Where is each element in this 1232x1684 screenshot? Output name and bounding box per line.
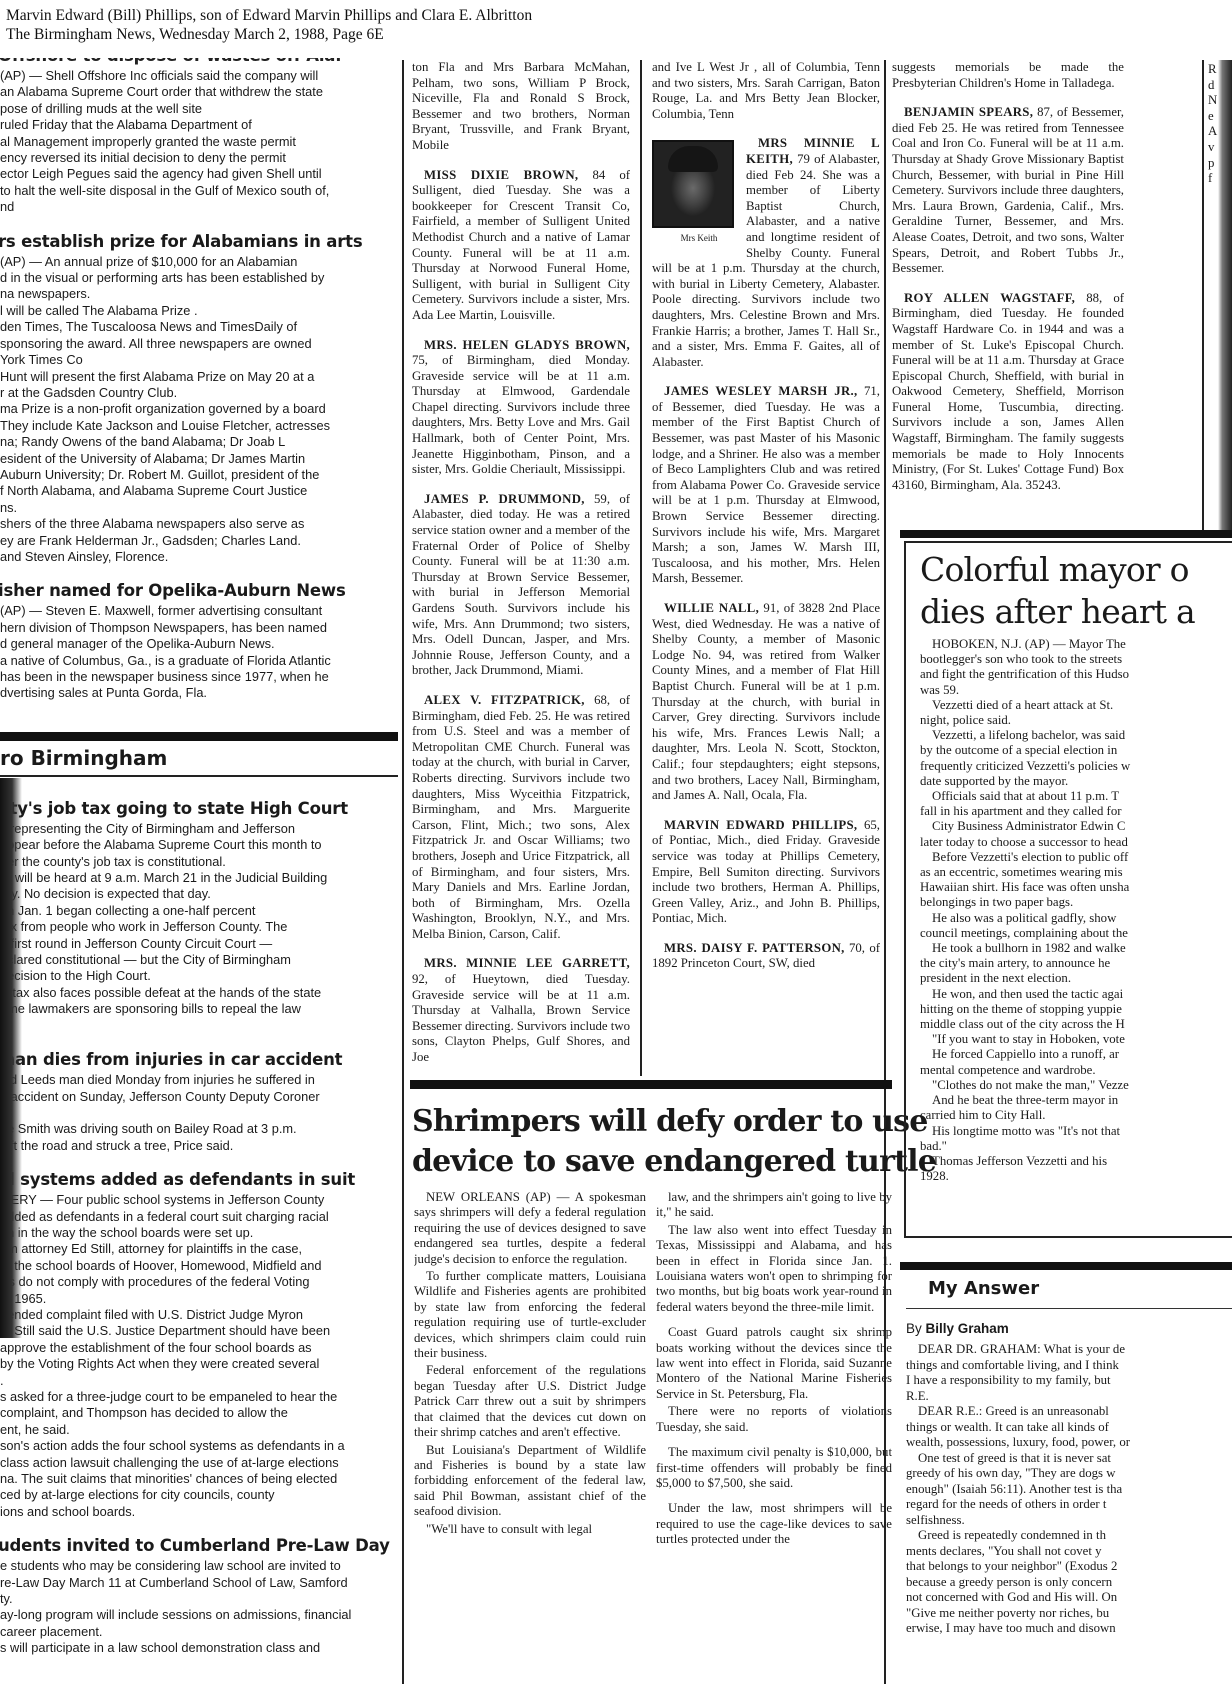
story-line: shers of the three Alabama newspapers al…	[0, 516, 398, 532]
obituary-text: 65, of Pontiac, Mich., died Friday. Grav…	[652, 818, 880, 926]
article-paragraph: But Louisiana's Department of Wildlife a…	[414, 1443, 646, 1520]
article-line: enough" (Isaiah 56:11). Another test is …	[906, 1482, 1232, 1498]
story-line: has been in the newspaper business since…	[0, 669, 398, 685]
article-line: that belongs to your neighbor" (Exodus 2	[906, 1559, 1232, 1575]
article-line: later today to choose a successor to hea…	[920, 835, 1232, 850]
clipped-column-fragments: RdNeAvpf	[1208, 62, 1217, 187]
article-line: R.E.	[906, 1389, 1232, 1405]
story-line: 's tax also faces possible defeat at the…	[0, 985, 398, 1001]
fragment-char: v	[1208, 140, 1217, 156]
story-line: hern division of Thompson Newspapers, ha…	[0, 620, 398, 636]
obituary-name: MRS. MINNIE LEE GARRETT,	[424, 956, 630, 970]
article-paragraph: There were no reports of violations Tues…	[656, 1404, 892, 1435]
article-paragraph: Coast Guard patrols caught six shrimp bo…	[656, 1325, 892, 1402]
article-line: hitting on the theme of stopping yuppie	[920, 1002, 1232, 1017]
obituary-name: WILLIE NALL,	[664, 601, 759, 615]
obituary-entry: ALEX V. FITZPATRICK, 68, of Birmingham, …	[412, 693, 630, 943]
obituary-text: 71, of Bessemer, died Tuesday. He was a …	[652, 384, 880, 585]
article-line: things and comfortable living, and I thi…	[906, 1358, 1232, 1374]
article-line: One test of greed is that it is never sa…	[906, 1451, 1232, 1467]
story-line: d general manager of the Opelika-Auburn …	[0, 636, 398, 652]
article-line: DEAR DR. GRAHAM: What is your de	[906, 1342, 1232, 1358]
obituary-text: 59, of Alabaster, died today. He was a r…	[412, 492, 630, 678]
story-line: and Steven Ainsley, Florence.	[0, 549, 398, 565]
my-answer-title: My Answer	[928, 1274, 1232, 1304]
obituary-name: ROY ALLEN WAGSTAFF,	[904, 291, 1075, 305]
story-line: na. The suit claims that minorities' cha…	[0, 1471, 398, 1487]
story-line: al Management improperly granted the was…	[0, 134, 398, 150]
portrait-image	[652, 140, 734, 228]
story-line: (AP) — Steven E. Maxwell, former adverti…	[0, 603, 398, 619]
article-line: He also was a political gadfly, show	[920, 911, 1232, 926]
headline-line: dies after heart a	[920, 591, 1232, 633]
section-rule	[0, 775, 398, 777]
article-line: HOBOKEN, N.J. (AP) — Mayor The	[920, 637, 1232, 652]
article-line: council meetings, complaining about the	[920, 926, 1232, 941]
article-line: I have a responsibility to my family, bu…	[906, 1373, 1232, 1389]
obituary-entry: Mrs KeithMRS MINNIE L KEITH, 79 of Alaba…	[652, 136, 880, 370]
story-line: an Alabama Supreme Court order that with…	[0, 84, 398, 100]
section-rule	[906, 1308, 1232, 1309]
story-line: career placement.	[0, 1624, 398, 1640]
fragment-char: A	[1208, 124, 1217, 140]
story-line: ruled Friday that the Alabama Department…	[0, 117, 398, 133]
story-line: id.	[0, 1105, 398, 1121]
story-line: na; Randy Owens of the band Alabama; Dr …	[0, 434, 398, 450]
article-line: fall in his apartment and they called fo…	[920, 804, 1232, 819]
article-paragraph: To further complicate matters, Louisiana…	[414, 1269, 646, 1361]
story-headline: ol systems added as defendants in suit	[0, 1170, 398, 1190]
article-line: carried him to City Hall.	[920, 1108, 1232, 1123]
obituary-name: BENJAMIN SPEARS,	[904, 105, 1033, 119]
obituary-text: 87, of Bessemer, died Feb 25. He was ret…	[892, 105, 1124, 275]
article-line: things or wealth. It can take all kinds …	[906, 1420, 1232, 1436]
article-line: and fight the gentrification of this Hud…	[920, 667, 1232, 682]
story-line: added as defendants in a federal court s…	[0, 1209, 398, 1225]
story-line: class action lawsuit challenging the use…	[0, 1455, 398, 1471]
story-headline: man dies from injuries in car accident	[0, 1050, 398, 1070]
obituary-name: MARVIN EDWARD PHILLIPS,	[664, 818, 857, 832]
obituary-entry: JAMES P. DRUMMOND, 59, of Alabaster, die…	[412, 492, 630, 679]
story-line: s asked for a three-judge court to be em…	[0, 1389, 398, 1405]
article-paragraph: NEW ORLEANS (AP) — A spokesman says shri…	[414, 1190, 646, 1267]
headline-alabama-prize: rs establish prize for Alabamians in art…	[0, 232, 398, 252]
story-line: ne Smith was driving south on Bailey Roa…	[0, 1121, 398, 1137]
story-line: f North Alabama, and Alabama Supreme Cou…	[0, 483, 398, 499]
article-line: City Business Administrator Edwin C	[920, 819, 1232, 834]
story-line: ery. No decision is expected that day.	[0, 886, 398, 902]
obituary-name: MRS. HELEN GLADYS BROWN,	[424, 338, 630, 352]
story-line: ent, he said.	[0, 1422, 398, 1438]
obituary-name: JAMES P. DRUMMOND,	[424, 492, 585, 506]
obituary-name: MRS. DAISY F. PATTERSON,	[664, 941, 845, 955]
story-line: nd	[0, 199, 398, 215]
article-paragraph: "We'll have to consult with legal	[414, 1522, 646, 1537]
section-divider-bar	[900, 1262, 1232, 1270]
story-line: complaint, and Thompson has decided to a…	[0, 1405, 398, 1421]
article-line: Before Vezzetti's election to public off	[920, 850, 1232, 865]
article-line: regard for the needs of others in order …	[906, 1497, 1232, 1513]
article-line: ments declares, "You shall not covet y	[906, 1544, 1232, 1560]
obituary-entry: JAMES WESLEY MARSH JR., 71, of Bessemer,…	[652, 384, 880, 587]
article-line: bad."	[920, 1139, 1232, 1154]
obituary-text: and Ive L West Jr , all of Columbia, Ten…	[652, 60, 880, 121]
story-line: old Leeds man died Monday from injuries …	[0, 1072, 398, 1088]
column-rule	[640, 60, 642, 1076]
clipping-caption: Marvin Edward (Bill) Phillips, son of Ed…	[6, 6, 532, 44]
story-line: .	[0, 1373, 398, 1389]
story-headline: udents invited to Cumberland Pre-Law Day	[0, 1536, 398, 1556]
metro-stories: nty's job tax going to state High Courts…	[0, 799, 398, 1657]
section-divider-bar	[0, 732, 398, 741]
obituary-name: MISS DIXIE BROWN,	[424, 168, 578, 182]
obituary-entry: suggests memorials be made the Presbyter…	[892, 60, 1124, 91]
article-line: 1928.	[920, 1169, 1232, 1184]
caption-line-subject: Marvin Edward (Bill) Phillips, son of Ed…	[6, 6, 532, 25]
story-line: ty.	[0, 1591, 398, 1607]
story-line: eclared constitutional — but the City of…	[0, 952, 398, 968]
article-line: by the outcome of a special election in	[920, 743, 1232, 758]
obituaries-column-3: suggests memorials be made the Presbyter…	[892, 60, 1124, 522]
story-line: ome lawmakers are sponsoring bills to re…	[0, 1001, 398, 1017]
story-line: x.	[0, 1018, 398, 1034]
article-line: the city's main artery, to announce he	[920, 956, 1232, 971]
article-paragraph: Under the law, most shrimpers will be re…	[656, 1501, 892, 1547]
story-line: Auburn University; Dr. Robert M. Guillot…	[0, 467, 398, 483]
article-paragraph: law, and the shrimpers ain't going to li…	[656, 1190, 892, 1221]
article-line: wealth, possessions, luxury, food, power…	[906, 1435, 1232, 1451]
headline-shrimpers: Shrimpers will defy order to use device …	[412, 1102, 902, 1182]
obituary-text: 91, of 3828 2nd Place West, died Wednesd…	[652, 601, 880, 802]
story-line: a native of Columbus, Ga., is a graduate…	[0, 653, 398, 669]
article-line: not concerned with God and His will. On	[906, 1590, 1232, 1606]
article-line: as an eccentric, sometimes wearing mis	[920, 865, 1232, 880]
obituary-entry: MISS DIXIE BROWN, 84 of Sulligent, died …	[412, 168, 630, 324]
story-line: n, Still said the U.S. Justice Departmen…	[0, 1323, 398, 1339]
article-line: Thomas Jefferson Vezzetti and his	[920, 1154, 1232, 1169]
story-alabama-prize: (AP) — An annual prize of $10,000 for an…	[0, 254, 398, 566]
article-line: bootlegger's son who took to the streets	[920, 652, 1232, 667]
story-line: ced by at-large elections for city counc…	[0, 1487, 398, 1503]
obituary-entry: and Ive L West Jr , all of Columbia, Ten…	[652, 60, 880, 122]
story-line: s will participate in a law school demon…	[0, 1640, 398, 1656]
my-answer-body: DEAR DR. GRAHAM: What is your dethings a…	[906, 1342, 1232, 1637]
story-line: Hunt will present the first Alabama Priz…	[0, 369, 398, 385]
article-line: greedy of his own day, "They are dogs w	[906, 1466, 1232, 1482]
mayor-story-body: HOBOKEN, N.J. (AP) — Mayor Thebootlegger…	[920, 637, 1232, 1184]
caption-line-source: The Birmingham News, Wednesday March 2, …	[6, 25, 532, 44]
headline-line: Shrimpers will defy order to use	[412, 1102, 902, 1142]
fragment-char: N	[1208, 93, 1217, 109]
story-line: of 1965.	[0, 1291, 398, 1307]
article-line: DEAR R.E.: Greed is an unreasonabl	[906, 1404, 1232, 1420]
story-line: her the county's job tax is constitution…	[0, 854, 398, 870]
story-line: appear before the Alabama Supreme Court …	[0, 837, 398, 853]
obituaries-column-2: and Ive L West Jr , all of Columbia, Ten…	[652, 60, 880, 1072]
headline-colorful-mayor: Colorful mayor o dies after heart a	[920, 549, 1232, 633]
story-line: York Times Co	[0, 352, 398, 368]
obituary-entry: WILLIE NALL, 91, of 3828 2nd Place West,…	[652, 601, 880, 804]
obituary-entry: MARVIN EDWARD PHILLIPS, 65, of Pontiac, …	[652, 818, 880, 927]
column-rule	[402, 60, 404, 1684]
story-line: d in the visual or performing arts has b…	[0, 270, 398, 286]
fragment-char: p	[1208, 156, 1217, 172]
article-line: His longtime motto was "It's not that	[920, 1124, 1232, 1139]
story-headline: nty's job tax going to state High Court	[0, 799, 398, 819]
story-line: at the school boards of Hoover, Homewood…	[0, 1258, 398, 1274]
story-line: tax from people who work in Jefferson Co…	[0, 919, 398, 935]
article-line: Greed is repeatedly condemned in th	[906, 1528, 1232, 1544]
article-line: "Clothes do not make the man," Vezze	[920, 1078, 1232, 1093]
shrimpers-column-b: law, and the shrimpers ain't going to li…	[656, 1190, 892, 1684]
article-line: president in the next election.	[920, 971, 1232, 986]
article-paragraph: Federal enforcement of the regulations b…	[414, 1363, 646, 1440]
obituaries-column-1: ton Fla and Mrs Barbara McMahan, Pelham,…	[412, 60, 630, 1072]
story-line: ns.	[0, 500, 398, 516]
photo-caption: Mrs Keith	[652, 231, 734, 247]
fragment-char: d	[1208, 78, 1217, 94]
article-line: mental competence and wardrobe.	[920, 1063, 1232, 1078]
story-line: na newspapers.	[0, 286, 398, 302]
story-divider-bar	[900, 530, 1232, 538]
scan-smudge	[0, 778, 22, 1338]
story-line: on Jan. 1 began collecting a one-half pe…	[0, 903, 398, 919]
article-line: He took a bullhorn in 1982 and walke	[920, 941, 1232, 956]
obituary-entry: MRS. HELEN GLADYS BROWN, 75, of Birmingh…	[412, 338, 630, 478]
shrimpers-column-a: NEW ORLEANS (AP) — A spokesman says shri…	[414, 1190, 646, 1684]
story-line: MERY — Four public school systems in Jef…	[0, 1192, 398, 1208]
article-line: night, police said.	[920, 713, 1232, 728]
story-line: left the road and struck a tree, Price s…	[0, 1138, 398, 1154]
article-line: Hawaiian shirt. His face was often unsha	[920, 880, 1232, 895]
column-rule	[1202, 60, 1204, 530]
story-line: ency reversed its initial decision to de…	[0, 150, 398, 166]
story-line: son's action adds the four school system…	[0, 1438, 398, 1454]
my-answer-column: My Answer By Billy Graham DEAR DR. GRAHA…	[900, 1262, 1232, 1684]
fragment-char: f	[1208, 171, 1217, 187]
article-line: "Give me neither poverty nor riches, bu	[906, 1606, 1232, 1622]
story-line: esident of the University of Alabama; Dr…	[0, 451, 398, 467]
byline-prefix: By	[906, 1321, 922, 1336]
story-line: s representing the City of Birmingham an…	[0, 821, 398, 837]
story-line: (AP) — Shell Offshore Inc officials said…	[0, 68, 398, 84]
story-line: approve the establishment of the four sc…	[0, 1340, 398, 1356]
story-line: ector Leigh Pegues said the agency had g…	[0, 166, 398, 182]
fragment-char: e	[1208, 109, 1217, 125]
obituary-text: 75, of Birmingham, died Monday. Gravesid…	[412, 353, 630, 476]
obituary-text: ton Fla and Mrs Barbara McMahan, Pelham,…	[412, 60, 630, 152]
headline-line: Colorful mayor o	[920, 549, 1232, 591]
article-line: "If you want to stay in Hoboken, vote	[920, 1032, 1232, 1047]
obituary-text: 68, of Birmingham, died Feb. 25. He was …	[412, 693, 630, 941]
article-line: was 59.	[920, 683, 1232, 698]
article-line: because a greedy person is only concern	[906, 1575, 1232, 1591]
story-line: l will be called The Alabama Prize .	[0, 303, 398, 319]
story-line: er will be heard at 9 a.m. March 21 in t…	[0, 870, 398, 886]
story-line: ma Prize is a non-profit organization go…	[0, 401, 398, 417]
article-paragraph: The law also went into effect Tuesday in…	[656, 1223, 892, 1315]
article-line: selfishness.	[906, 1513, 1232, 1529]
obituary-text: 92, of Hueytown, died Tuesday. Graveside…	[412, 972, 630, 1064]
story-divider-bar	[410, 1080, 892, 1089]
story-line: nended complaint filed with U.S. Distric…	[0, 1307, 398, 1323]
section-title-metro: ro Birmingham	[0, 745, 398, 771]
story-line: by the Voting Rights Act when they were …	[0, 1356, 398, 1372]
story-line: ey are Frank Helderman Jr., Gadsden; Cha…	[0, 533, 398, 549]
article-line: Officials said that at about 11 p.m. T	[920, 789, 1232, 804]
story-line: to halt the well-site disposal in the Gu…	[0, 183, 398, 199]
article-line: And he beat the three-term mayor in	[920, 1093, 1232, 1108]
mayor-story-box: Colorful mayor o dies after heart a HOBO…	[904, 541, 1232, 1238]
article-line: middle class out of the city across the …	[920, 1017, 1232, 1032]
headline-shell-offshore: Offshore to dispose of wastes off Ala.	[0, 58, 398, 66]
obituary-text: 84 of Sulligent, died Tuesday. She was a…	[412, 168, 630, 322]
article-paragraph: The maximum civil penalty is $10,000, bu…	[656, 1445, 892, 1491]
story-opelika-publisher: (AP) — Steven E. Maxwell, former adverti…	[0, 603, 398, 701]
article-line: erwise, I may have too much and disown	[906, 1621, 1232, 1637]
story-line: e accident on Sunday, Jefferson County D…	[0, 1089, 398, 1105]
story-line: ay-long program will include sessions on…	[0, 1607, 398, 1623]
story-line: e first round in Jefferson County Circui…	[0, 936, 398, 952]
article-line: He forced Cappiello into a runoff, ar	[920, 1047, 1232, 1062]
byline-author: Billy Graham	[926, 1321, 1009, 1336]
article-line: frequently criticized Vezzetti's policie…	[920, 759, 1232, 774]
story-line: sponsoring the award. All three newspape…	[0, 336, 398, 352]
story-line: den Times, The Tuscaloosa News and Times…	[0, 319, 398, 335]
scan-edge-shadow	[1218, 60, 1232, 530]
story-line: am attorney Ed Still, attorney for plain…	[0, 1241, 398, 1257]
story-line: pose of drilling muds at the well site	[0, 101, 398, 117]
obituary-entry: BENJAMIN SPEARS, 87, of Bessemer, died F…	[892, 105, 1124, 277]
obituary-text: suggests memorials be made the Presbyter…	[892, 60, 1124, 90]
headline-opelika-publisher: isher named for Opelika-Auburn News	[0, 581, 398, 601]
article-line: belongings in two paper bags.	[920, 895, 1232, 910]
article-line: He won, and then used the tactic agai	[920, 987, 1232, 1002]
article-line: date supported by the mayor.	[920, 774, 1232, 789]
story-line: ions and school boards.	[0, 1504, 398, 1520]
story-line: r at the Gadsden Country Club.	[0, 385, 398, 401]
story-line: ills do not comply with procedures of th…	[0, 1274, 398, 1290]
headline-line: device to save endangered turtle	[412, 1142, 902, 1182]
story-line: on in the way the school boards were set…	[0, 1225, 398, 1241]
article-line: Vezzetti died of a heart attack at St.	[920, 698, 1232, 713]
obituary-name: JAMES WESLEY MARSH JR.,	[664, 384, 858, 398]
obituary-entry: MRS. DAISY F. PATTERSON, 70, of 1892 Pri…	[652, 941, 880, 972]
obituary-photo: Mrs Keith	[652, 140, 734, 242]
byline: By Billy Graham	[906, 1321, 1232, 1336]
obituary-entry: ROY ALLEN WAGSTAFF, 88, of Birmingham, d…	[892, 291, 1124, 494]
story-line: They include Kate Jackson and Louise Fle…	[0, 418, 398, 434]
article-line: Vezzetti, a lifelong bachelor, was said	[920, 728, 1232, 743]
story-line: re-Law Day March 11 at Cumberland School…	[0, 1575, 398, 1591]
obituary-name: ALEX V. FITZPATRICK,	[424, 693, 585, 707]
obituary-text: 88, of Birmingham, died Tuesday. He foun…	[892, 291, 1124, 492]
story-line: (AP) — An annual prize of $10,000 for an…	[0, 254, 398, 270]
story-line: e students who may be considering law sc…	[0, 1558, 398, 1574]
state-briefs-column: Offshore to dispose of wastes off Ala. (…	[0, 58, 398, 1684]
obituary-entry: ton Fla and Mrs Barbara McMahan, Pelham,…	[412, 60, 630, 154]
story-line: dvertising sales at Punta Gorda, Fla.	[0, 685, 398, 701]
obituary-entry: MRS. MINNIE LEE GARRETT, 92, of Hueytown…	[412, 956, 630, 1065]
fragment-char: R	[1208, 62, 1217, 78]
story-shell-offshore: (AP) — Shell Offshore Inc officials said…	[0, 68, 398, 216]
story-line: decision to the High Court.	[0, 968, 398, 984]
